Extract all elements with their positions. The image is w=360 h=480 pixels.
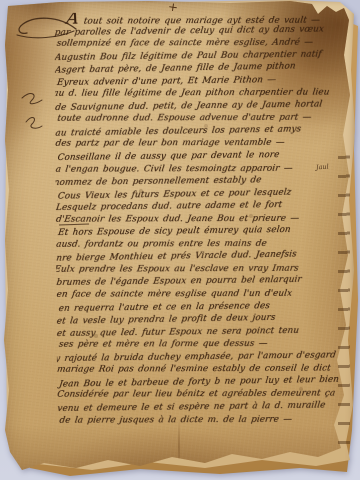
interline-note: Jaul: [316, 163, 329, 172]
ink-flecks: [0, 0, 2, 2]
manuscript-line: de la pierre jusques à la dicte m. de la…: [58, 413, 347, 427]
manuscript-page: + A tout soit notoire que mariage ayt es…: [0, 0, 360, 480]
photo-backdrop: + A tout soit notoire que mariage ayt es…: [0, 0, 360, 480]
manuscript-text: A tout soit notoire que mariage ayt esté…: [54, 11, 347, 445]
paper-stack: + A tout soit notoire que mariage ayt es…: [0, 0, 360, 480]
deckle-edge-marks: [338, 140, 350, 452]
margin-paraph: [18, 88, 52, 136]
